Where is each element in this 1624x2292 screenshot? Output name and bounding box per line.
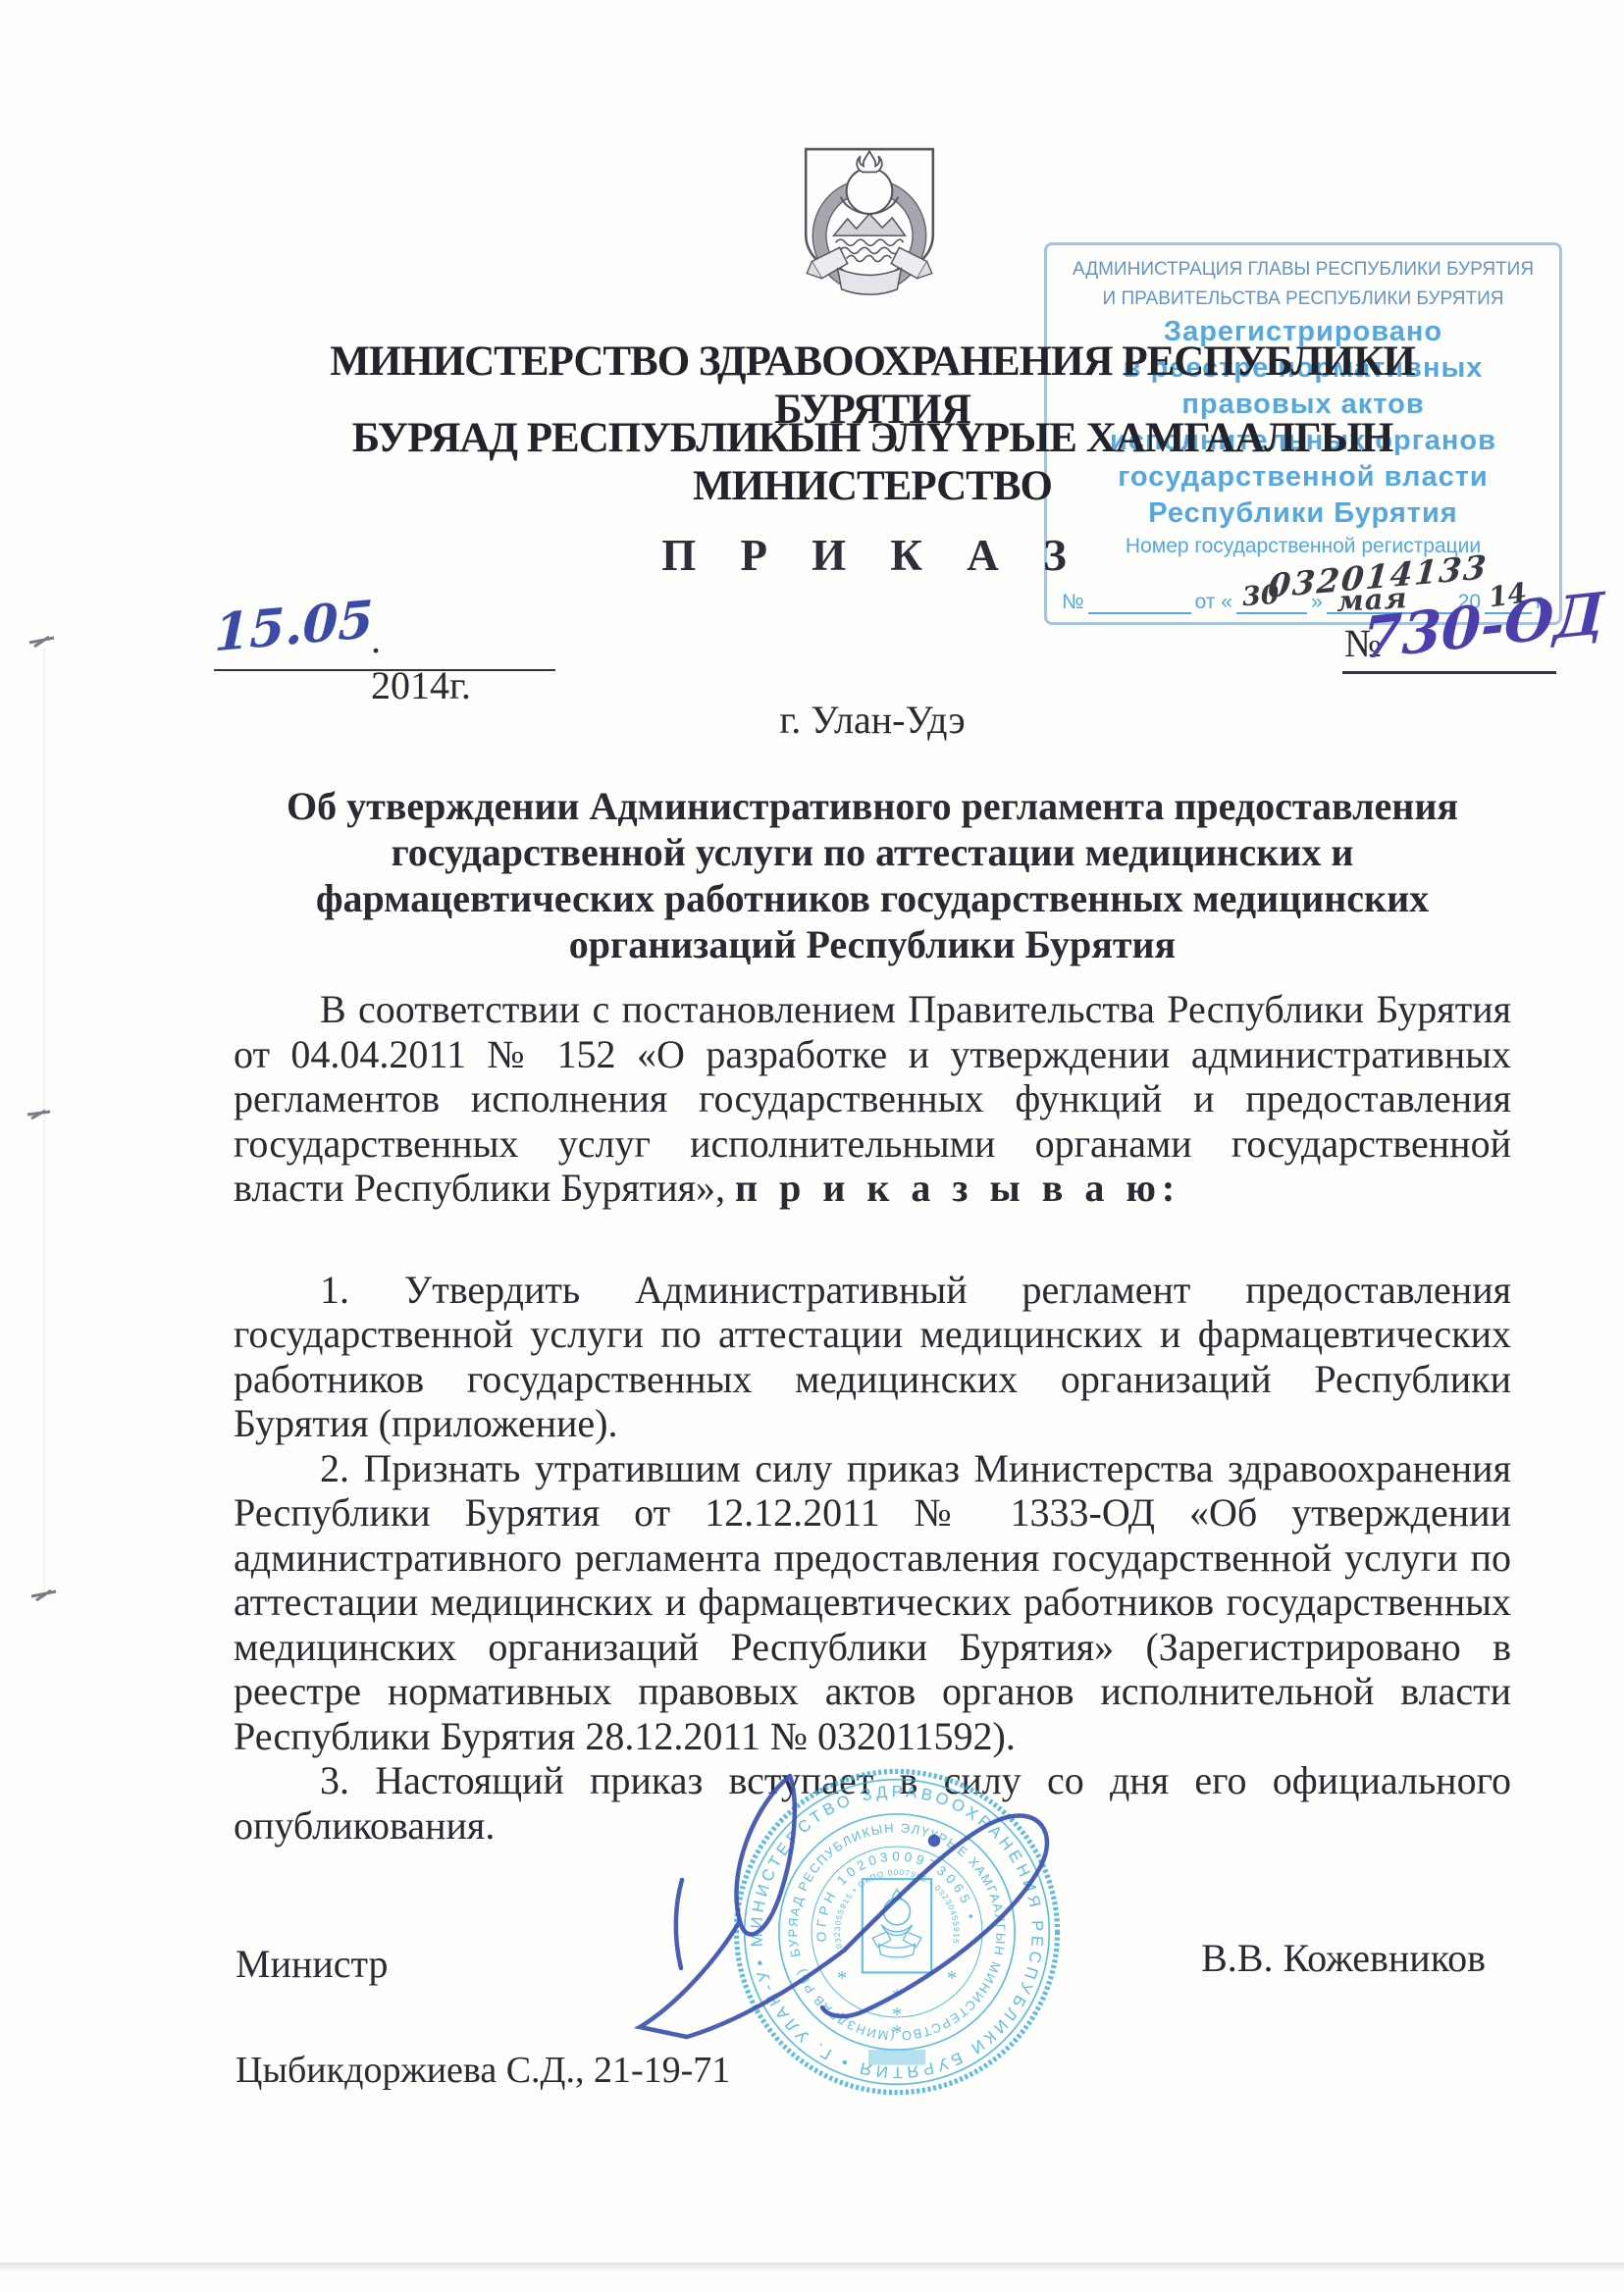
page-bottom-shadow	[0, 2263, 1624, 2272]
minister-signature	[589, 1745, 1099, 2058]
fold-mark	[27, 634, 57, 650]
order-body: В соответствии с постановлением Правител…	[234, 987, 1511, 1848]
stamp-no-label: №	[1062, 591, 1084, 614]
order-date-handwritten: 15.05	[214, 590, 374, 664]
stamp-ot-label: от «	[1195, 591, 1232, 614]
fold-mark	[26, 1107, 55, 1122]
order-title-block: Об утверждении Административного регламе…	[234, 783, 1511, 967]
buryatia-coat-of-arms-icon	[800, 143, 939, 300]
order-item-1: 1. Утвердить Административный регламент …	[234, 1268, 1511, 1446]
org-name-buryat: БУРЯАД РЕСПУБЛИКЫН ЭЛҮҮРЫЕ ХАМГААЛГЫН МИ…	[186, 414, 1558, 510]
doc-type-heading: П Р И К А З	[234, 530, 1511, 581]
order-item-2: 2. Признать утратившим силу приказ Минис…	[234, 1446, 1511, 1759]
signer-name: В.В. Кожевников	[1201, 1935, 1486, 1981]
date-underline	[214, 669, 555, 671]
signer-position: Министр	[236, 1941, 389, 1987]
stamp-close-quote: »	[1311, 591, 1323, 614]
order-date-typed: . 2014г.	[371, 616, 471, 708]
stamp-day-blank: 30	[1236, 612, 1307, 614]
stamp-header-line2: И ПРАВИТЕЛЬСТВА РЕСПУБЛИКИ БУРЯТИЯ	[1047, 285, 1559, 314]
stamp-header-line1: АДМИНИСТРАЦИЯ ГЛАВЫ РЕСПУБЛИКИ БУРЯТИЯ	[1047, 255, 1559, 285]
number-underline	[1342, 671, 1556, 674]
document-page: АДМИНИСТРАЦИЯ ГЛАВЫ РЕСПУБЛИКИ БУРЯТИЯ И…	[0, 0, 1624, 2292]
preamble-paragraph: В соответствии с постановлением Правител…	[234, 987, 1511, 1211]
order-number: № 730-ОД	[1344, 620, 1382, 666]
prikazyvayu-text: п р и к а з ы в а ю:	[735, 1166, 1180, 1210]
stamp-no-blank	[1088, 612, 1191, 614]
paper-crease	[43, 648, 45, 1599]
stamp-day-handwritten: 30	[1241, 580, 1281, 613]
order-title: Об утверждении Административного регламе…	[287, 783, 1459, 967]
